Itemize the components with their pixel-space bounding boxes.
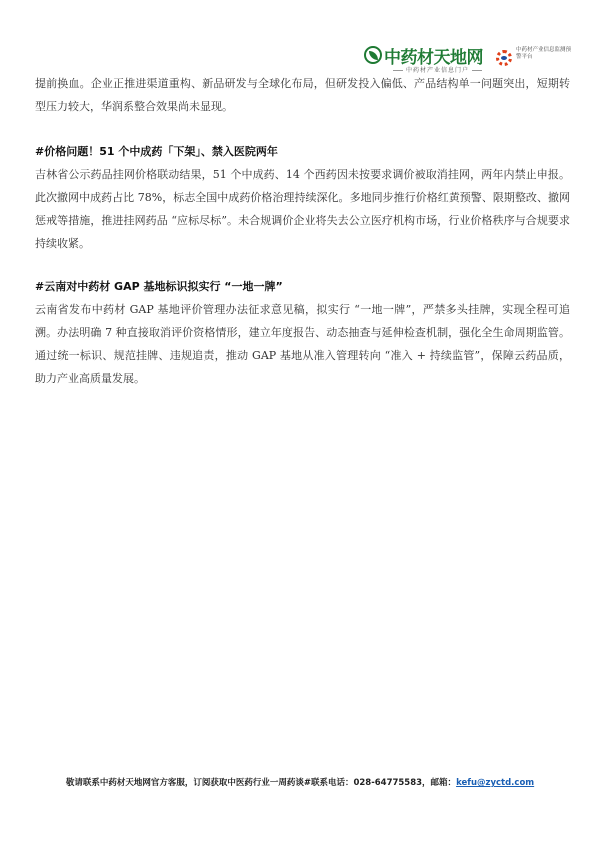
section-price-issue: #价格问题！51 个中成药「下架」、禁入医院两年 吉林省公示药品挂网价格联动结果… [35,140,570,255]
section-spacer [35,118,570,140]
monitoring-platform-logo: 中药材产业信息监测预警平台 [496,47,581,73]
leaf-logo-icon [364,46,382,64]
header-logos: 中药材天地网 中药材产业信息门户 中药材产业信息监测预警平台 [364,44,579,74]
intro-paragraph: 提前换血。企业正推进渠道重构、新品研发与全球化布局，但研发投入偏低、产品结构单一… [35,72,570,118]
section-yunnan-gap: #云南对中药材 GAP 基地标识拟实行 “一地一牌” 云南省发布中药材 GAP … [35,275,570,390]
article-content: 提前换血。企业正推进渠道重构、新品研发与全球化布局，但研发投入偏低、产品结构单一… [35,72,570,390]
section-heading: #价格问题！51 个中成药「下架」、禁入医院两年 [35,140,570,163]
section-spacer [35,255,570,275]
email-link[interactable]: kefu@zyctd.com [456,778,534,788]
footer-contact: 敬请联系中药材天地网官方客服，订阅获取中医药行业一周药谈#联系电话：028-64… [0,776,600,788]
section-body: 云南省发布中药材 GAP 基地评价管理办法征求意见稿，拟实行 “一地一牌”，严禁… [35,298,570,390]
gear-logo-icon [496,50,512,66]
section-heading: #云南对中药材 GAP 基地标识拟实行 “一地一牌” [35,275,570,298]
zyctd-logo: 中药材天地网 中药材产业信息门户 [364,44,482,74]
section-body: 吉林省公示药品挂网价格联动结果，51 个中成药、14 个西药因未按要求调价被取消… [35,163,570,255]
platform-logo-text: 中药材产业信息监测预警平台 [516,47,572,61]
footer-text: 敬请联系中药材天地网官方客服，订阅获取中医药行业一周药谈#联系电话：028-64… [66,778,456,788]
